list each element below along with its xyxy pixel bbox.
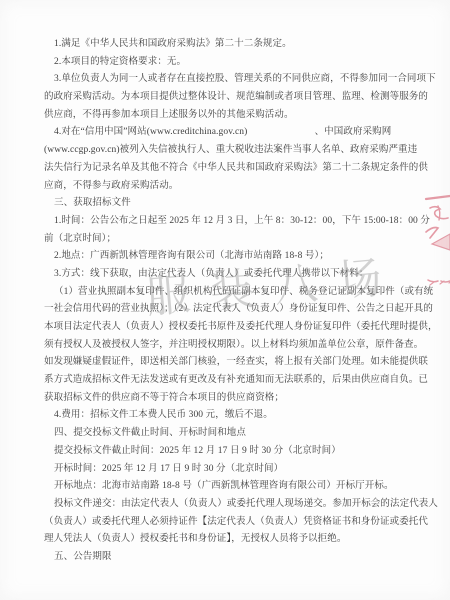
document-line: 一社会信用代码的营业执照）；（2）法定代表人（负责人）身份证复印件、公告之日起开… bbox=[44, 301, 426, 319]
document-line: 供应商，不得再参加本项目上述服务以外的其他采购活动。 bbox=[44, 107, 426, 125]
document-line: 的政府采购活动。为本项目提供过整体设计、规范编制或者项目管理、监理、检测等服务的 bbox=[44, 89, 426, 107]
document-line: 理人凭法人（负责人）授权委托书和身份证】，无授权人员将予以拒绝。 bbox=[44, 531, 426, 549]
document-line: 3.单位负责人为同一人或者存在直接控股、管理关系的不同供应商，不得参加同一合同项… bbox=[44, 71, 426, 89]
document-line: 三、获取招标文件 bbox=[44, 195, 426, 213]
document-line: 前（北京时间）； bbox=[44, 231, 426, 249]
document-line: 4.费用：招标文件工本费人民币 300 元，缴后不退。 bbox=[44, 407, 426, 425]
document-line: 应商，不得参与政府采购活动。 bbox=[44, 178, 426, 196]
document-body: 1.满足《中华人民共和国政府采购法》第二十二条规定。2.本项目的特定资格要求：无… bbox=[44, 36, 426, 567]
document-line: 投标文件递交：由法定代表人（负责人）或委托代理人现场递交。参加开标会的法定代表人 bbox=[44, 496, 426, 514]
document-line: 提交投标文件截止时间：2025 年 12 月 17 日 9 时 30 分（北京时… bbox=[44, 443, 426, 461]
document-line: 1.时间：公告公布之日起至 2025 年 12 月 3 日，上午 8：30-12… bbox=[44, 213, 426, 231]
document-line: 4.对在“信用中国”网站(www.creditchina.gov.cn) 、中国… bbox=[44, 124, 426, 142]
document-line: 五、公告期限 bbox=[44, 549, 426, 567]
document-line: 须有授权人及被授权人签字，并注明授权期限）。以上材料均须加盖单位公章，原件备查。 bbox=[44, 337, 426, 355]
document-line: 本项目法定代表人（负责人）授权委托书原件及委托代理人身份证复印件（委托代理时提供… bbox=[44, 319, 426, 337]
document-page: 1.满足《中华人民共和国政府采购法》第二十二条规定。2.本项目的特定资格要求：无… bbox=[0, 0, 450, 600]
document-line: 开标时间：2025 年 12 月 17 日 9 时 30 分（北京时间） bbox=[44, 461, 426, 479]
document-line: 系方式造成招标文件无法发送或有更改及有补充通知而无法联系的，后果由供应商自负。已 bbox=[44, 372, 426, 390]
document-line: 四、提交投标文件截止时间、开标时间和地点 bbox=[44, 425, 426, 443]
document-line: 法失信行为记录名单及其他不符合《中华人民共和国政府采购法》第二十二条规定条件的供 bbox=[44, 160, 426, 178]
document-line: 开标地点：北海市站南路 18-8 号（广西新凯林管理咨询有限公司）开标厅开标。 bbox=[44, 478, 426, 496]
document-line: 3.方式：线下获取，由法定代表人（负责人）或委托代理人携带以下材料： bbox=[44, 266, 426, 284]
document-line: 1.满足《中华人民共和国政府采购法》第二十二条规定。 bbox=[44, 36, 426, 54]
document-line: (www.ccgp.gov.cn)被列入失信被执行人、重大税收违法案件当事人名单… bbox=[44, 142, 426, 160]
document-line: 获取招标文件的供应商不等于符合本项目的供应商资格； bbox=[44, 390, 426, 408]
document-line: （负责人）或委托代理人必须持证件【法定代表人（负责人）凭资格证书和身份证或委托代 bbox=[44, 514, 426, 532]
document-line: 2.地点：广西新凯林管理咨询有限公司（北海市站南路 18-8 号）； bbox=[44, 248, 426, 266]
document-line: （1）营业执照副本复印件、组织机构代码证副本复印件、税务登记证副本复印件（或有统 bbox=[44, 284, 426, 302]
document-line: 2.本项目的特定资格要求：无。 bbox=[44, 54, 426, 72]
document-line: 如发现嫌疑虚假证件，即送相关部门核验，一经查实，将上报有关部门处理。如未能提供联 bbox=[44, 354, 426, 372]
